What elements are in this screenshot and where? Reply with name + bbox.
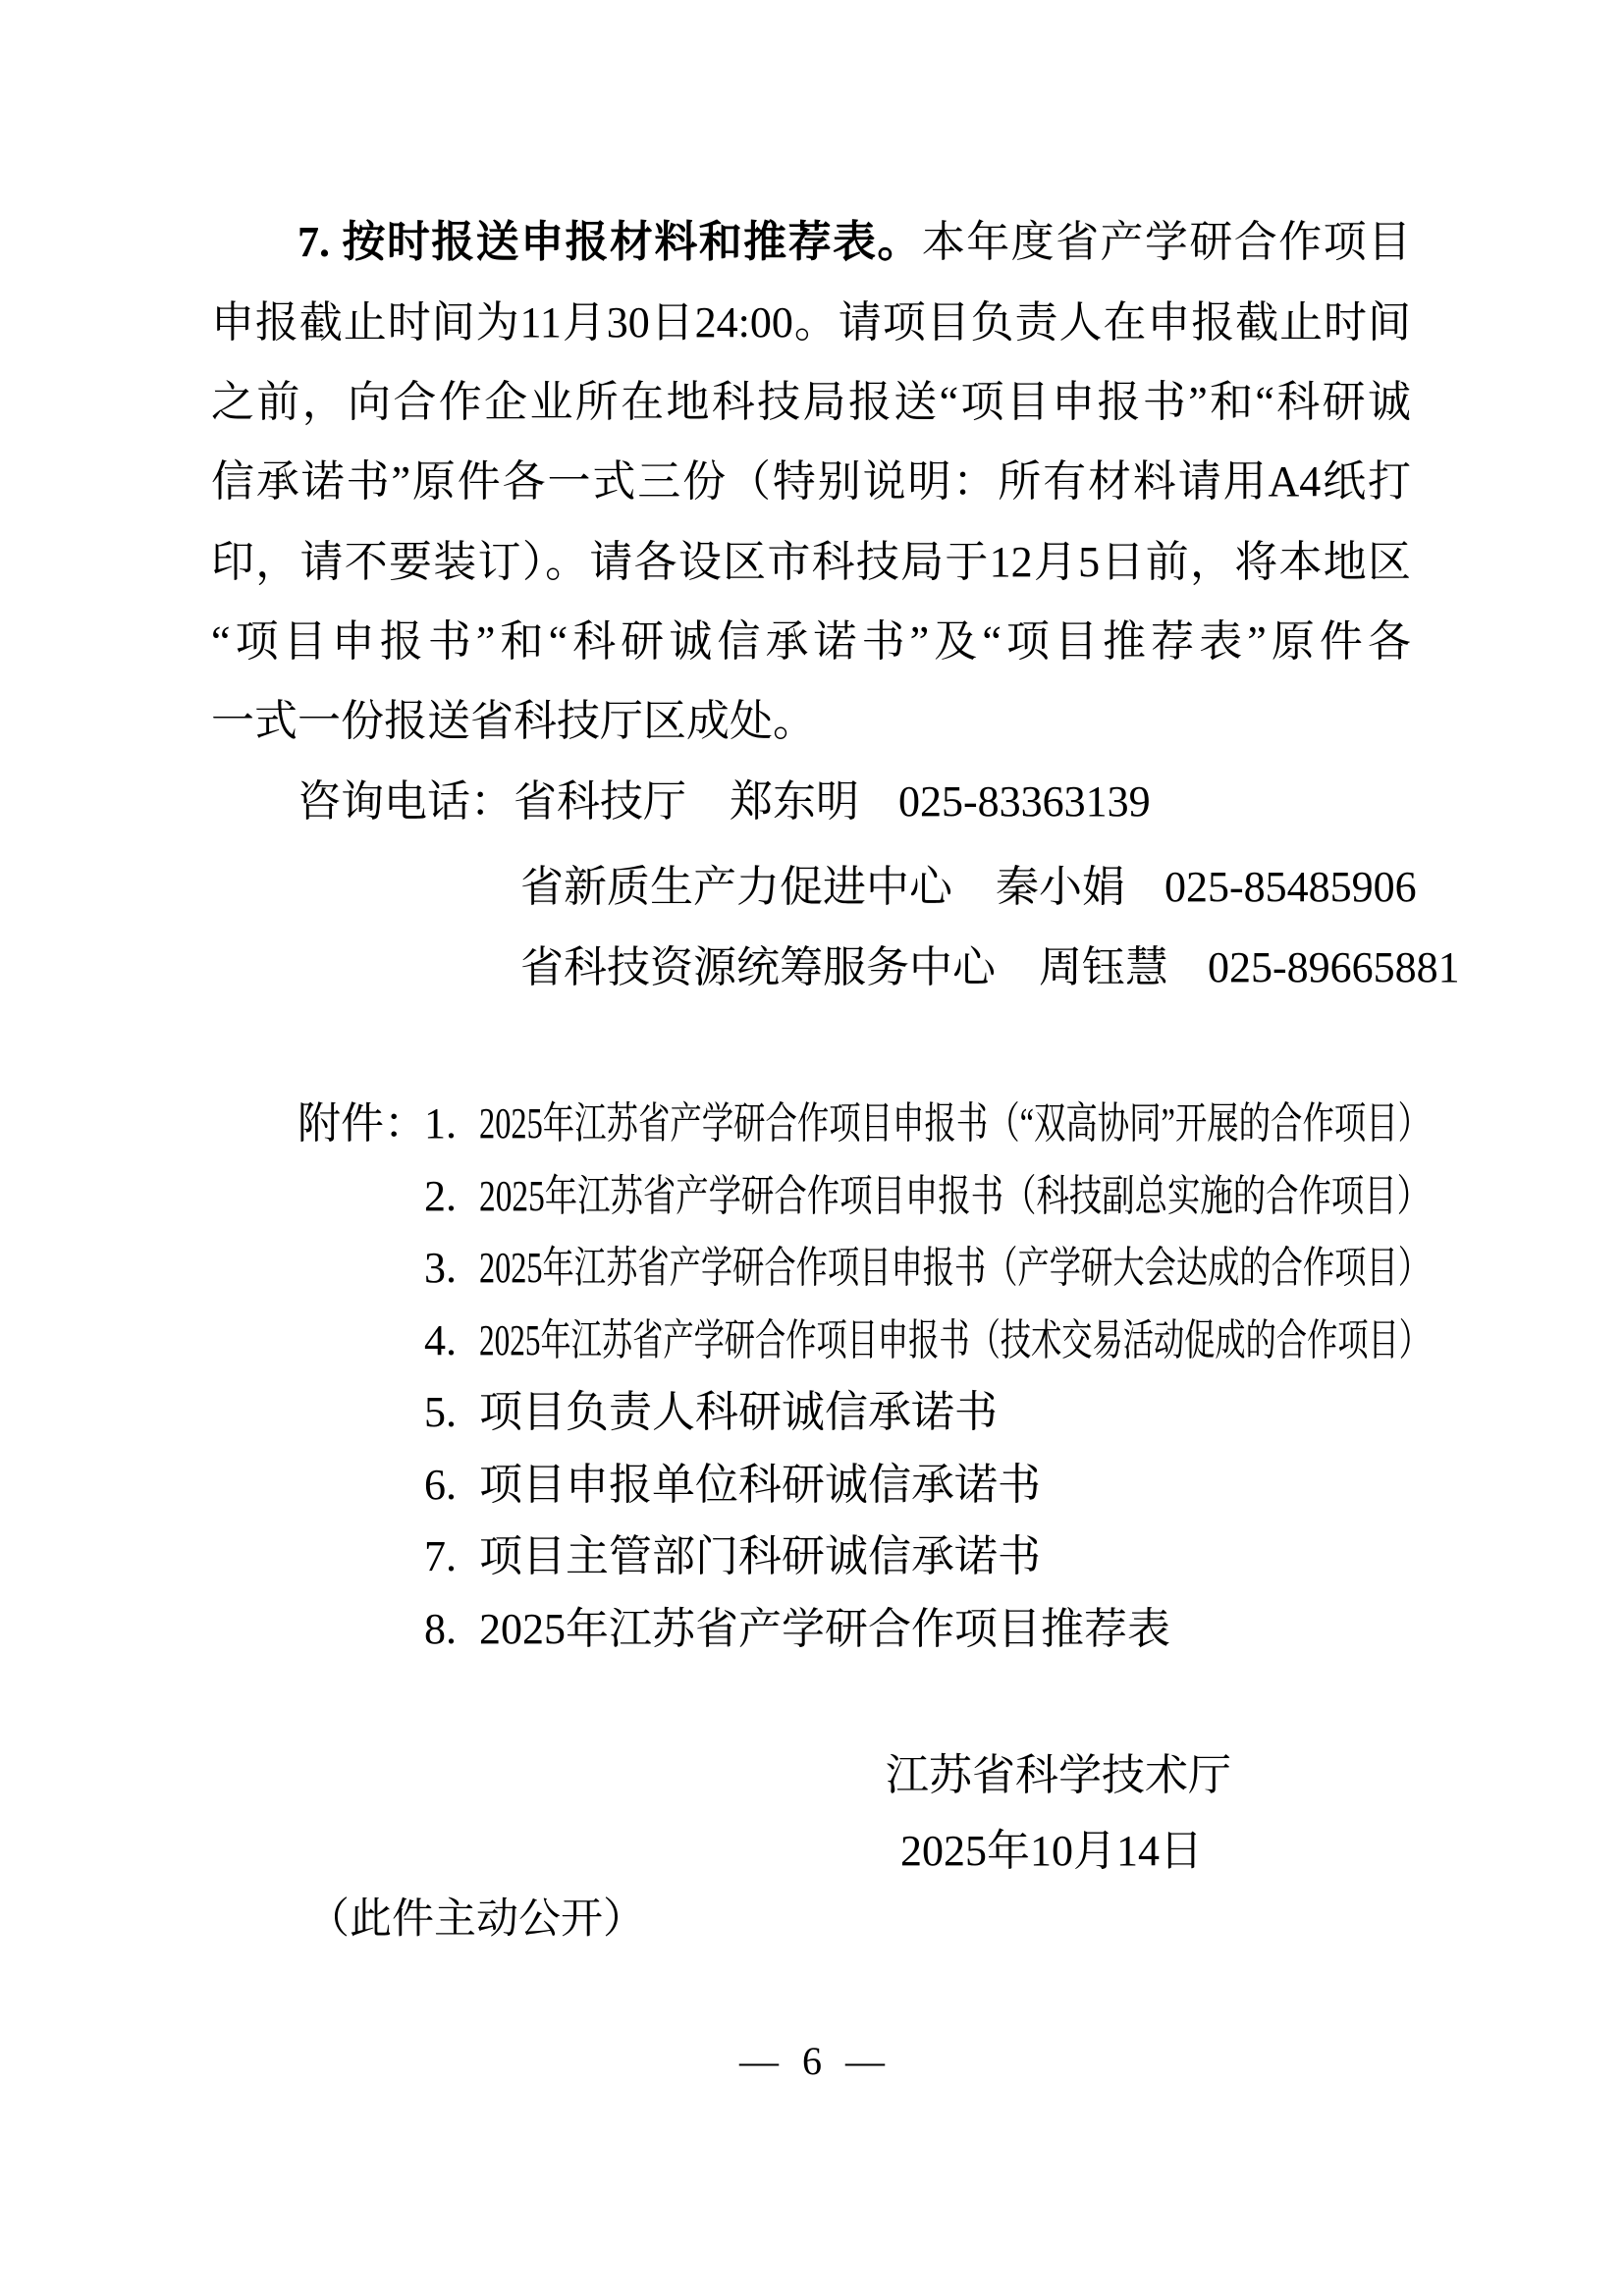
contact-phone: 025-83363139 bbox=[898, 777, 1151, 826]
attachment-item-8: 8.2025年江苏省产学研合作项目推荐表 bbox=[424, 1601, 1170, 1657]
attachment-item-6: 6.项目申报单位科研诚信承诺书 bbox=[424, 1457, 1041, 1513]
contact-line-3: 省科技资源统筹服务中心周钰慧025-89665881 bbox=[520, 939, 1460, 995]
disclosure-note: （此件主动公开） bbox=[307, 1893, 645, 1948]
contact-phone: 025-89665881 bbox=[1208, 943, 1460, 991]
attachment-item-3: 3.2025年江苏省产学研合作项目申报书（产学研大会达成的合作项目） bbox=[424, 1240, 1624, 1296]
body-line-4: 信承诺书”原件各一式三份（特别说明：所有材料请用A4纸打 bbox=[211, 454, 1411, 509]
attachment-number: 3. bbox=[424, 1240, 479, 1296]
attachment-text: 项目主管部门科研诚信承诺书 bbox=[479, 1532, 1041, 1580]
attachment-number: 7. bbox=[424, 1528, 479, 1584]
body-line-1: 7. 按时报送申报材料和推荐表。本年度省产学研合作项目 bbox=[211, 214, 1411, 270]
attachment-number: 2. bbox=[424, 1168, 479, 1224]
contact-person: 周钰慧 bbox=[1039, 943, 1168, 991]
page-number-value: 6 bbox=[802, 2039, 822, 2083]
document-page: 7. 按时报送申报材料和推荐表。本年度省产学研合作项目 申报截止时间为11月30… bbox=[0, 0, 1624, 2296]
page-number-right-dash: — bbox=[845, 2039, 885, 2083]
contact-phone: 025-85485906 bbox=[1164, 863, 1417, 911]
attachment-item-4: 4.2025年江苏省产学研合作项目申报书（技术交易活动促成的合作项目） bbox=[424, 1312, 1624, 1368]
attachment-text: 项目申报单位科研诚信承诺书 bbox=[479, 1461, 1041, 1509]
body-line-7: 一式一份报送省科技厅区成处。 bbox=[211, 693, 1411, 749]
signature-date: 2025年10月14日 bbox=[900, 1823, 1203, 1879]
contact-line-2: 省新质生产力促进中心秦小娟025-85485906 bbox=[520, 859, 1417, 915]
attachment-text: 2025年江苏省产学研合作项目推荐表 bbox=[479, 1605, 1170, 1653]
attachment-number: 5. bbox=[424, 1384, 479, 1440]
attachment-text: 2025年江苏省产学研合作项目申报书（产学研大会达成的合作项目） bbox=[479, 1240, 1430, 1296]
contact-org: 省新质生产力促进中心 bbox=[520, 863, 952, 911]
contact-line-1: 咨询电话：省科技厅郑东明025-83363139 bbox=[298, 774, 1151, 829]
body-line-1-rest: 本年度省产学研合作项目 bbox=[922, 218, 1411, 266]
contact-person: 秦小娟 bbox=[996, 863, 1125, 911]
attachment-number: 4. bbox=[424, 1312, 479, 1368]
attachment-item-5: 5.项目负责人科研诚信承诺书 bbox=[424, 1384, 998, 1440]
contact-person: 郑东明 bbox=[730, 777, 859, 826]
attachment-number: 6. bbox=[424, 1457, 479, 1513]
attachments-label: 附件： bbox=[298, 1095, 427, 1151]
attachment-number: 8. bbox=[424, 1601, 479, 1657]
attachment-text: 2025年江苏省产学研合作项目申报书（技术交易活动促成的合作项目） bbox=[479, 1312, 1430, 1368]
body-line-3: 之前，向合作企业所在地科技局报送“项目申报书”和“科研诚 bbox=[211, 374, 1411, 430]
attachment-number: 1. bbox=[424, 1095, 479, 1151]
signature-org: 江苏省科学技术厅 bbox=[886, 1747, 1231, 1803]
page-number: —6— bbox=[0, 2038, 1624, 2085]
paragraph-heading: 7. 按时报送申报材料和推荐表。 bbox=[298, 218, 922, 266]
contact-org: 省科技资源统筹服务中心 bbox=[520, 943, 996, 991]
attachment-text: 2025年江苏省产学研合作项目申报书（“双高协同”开展的合作项目） bbox=[479, 1095, 1430, 1151]
attachment-item-2: 2.2025年江苏省产学研合作项目申报书（科技副总实施的合作项目） bbox=[424, 1168, 1624, 1224]
attachment-item-1: 1.2025年江苏省产学研合作项目申报书（“双高协同”开展的合作项目） bbox=[424, 1095, 1624, 1151]
attachment-text: 2025年江苏省产学研合作项目申报书（科技副总实施的合作项目） bbox=[479, 1168, 1430, 1224]
body-line-6: “项目申报书”和“科研诚信承诺书”及“项目推荐表”原件各 bbox=[211, 614, 1411, 669]
attachment-item-7: 7.项目主管部门科研诚信承诺书 bbox=[424, 1528, 1041, 1584]
attachment-text: 项目负责人科研诚信承诺书 bbox=[479, 1388, 998, 1436]
contact-org: 省科技厅 bbox=[514, 777, 686, 826]
body-line-2: 申报截止时间为11月30日24:00。请项目负责人在申报截止时间 bbox=[211, 294, 1411, 350]
body-line-5: 印，请不要装订）。请各设区市科技局于12月5日前，将本地区 bbox=[211, 534, 1411, 590]
contact-prefix: 咨询电话： bbox=[298, 777, 514, 826]
page-number-left-dash: — bbox=[739, 2039, 779, 2083]
